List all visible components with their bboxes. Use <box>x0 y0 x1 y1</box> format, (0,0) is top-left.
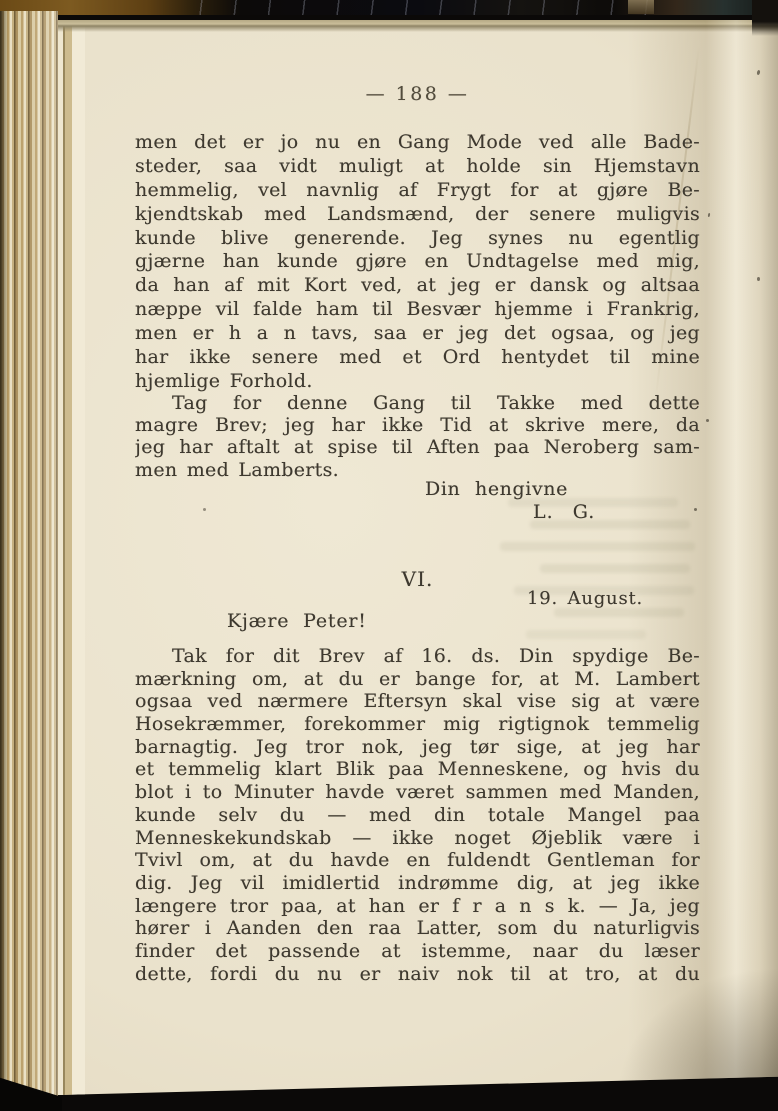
text-line: finder det passende at istemme, naar du … <box>135 940 700 963</box>
text-line: et temmelig klart Blik paa Menneskene, o… <box>135 758 700 781</box>
text-line: hører i Aanden den raa Latter, som du na… <box>135 917 700 940</box>
page-left-edge <box>58 20 86 1095</box>
text-line: kunde selv du — med din totale Mangel pa… <box>135 804 700 827</box>
letter-salutation: Kjære Peter! <box>227 610 367 632</box>
paragraph-continuation: men det er jo nu en Gang Mode ved alle B… <box>135 131 700 370</box>
text-line: dig. Jeg vil imidlertid indrømme dig, at… <box>135 872 700 895</box>
letter-date: 19. August. <box>527 588 643 609</box>
background-top-right <box>752 0 778 36</box>
text-line: Tvivl om, at du havde en fuldendt Gentle… <box>135 849 700 872</box>
paragraph-first-line: Tak for dit Brev af 16. ds. Din spydige … <box>135 645 700 668</box>
text-line: Menneskekundskab — ikke noget Øjeblik væ… <box>135 827 700 850</box>
text-line: gjærne han kunde gjøre en Undtagelse med… <box>135 250 700 274</box>
text-line: men det er jo nu en Gang Mode ved alle B… <box>135 131 700 155</box>
page-text: — 188 — men det er jo nu en Gang Mode ve… <box>135 20 700 1095</box>
background-book-spines <box>185 0 655 15</box>
text-line: men er h a n tavs, saa er jeg det ogsaa,… <box>135 322 700 346</box>
paragraph: mærkning om, at du er bange for, at M. L… <box>135 668 700 986</box>
text-line: dette, fordi du nu er naiv nok til at tr… <box>135 963 700 986</box>
text-line: Hosekræmmer, forekommer mig rigtignok te… <box>135 713 700 736</box>
page-number: — 188 — <box>135 83 700 105</box>
text-line: har ikke senere med et Ord hentydet til … <box>135 346 700 370</box>
text-line: steder, saa vidt muligt at holde sin Hje… <box>135 155 700 179</box>
book-scan-photo: — 188 — men det er jo nu en Gang Mode ve… <box>0 0 778 1111</box>
text-line: magre Brev; jeg har ikke Tid at skrive m… <box>135 414 700 436</box>
text-line: mærkning om, at du er bange for, at M. L… <box>135 668 700 691</box>
ink-speck <box>706 419 709 422</box>
text-line: ogsaa ved nærmere Eftersyn skal vise sig… <box>135 690 700 713</box>
text-line: jeg har aftalt at spise til Aften paa Ne… <box>135 436 700 458</box>
text-line: da han af mit Kort ved, at jeg er dansk … <box>135 274 700 298</box>
page-edge-stack <box>0 11 58 1111</box>
book-page: — 188 — men det er jo nu en Gang Mode ve… <box>58 20 778 1095</box>
text-line: længere tror paa, at han er f r a n s k.… <box>135 895 700 918</box>
paragraph-last-line: men med Lamberts. <box>135 459 700 481</box>
paragraph-last-line: hjemlige Forhold. <box>135 370 700 394</box>
text-line: kunde blive generende. Jeg synes nu egen… <box>135 227 700 251</box>
text-line: næppe vil falde ham til Besvær hjemme i … <box>135 298 700 322</box>
text-line: barnagtig. Jeg tror nok, jeg tør sige, a… <box>135 736 700 759</box>
paragraph: magre Brev; jeg har ikke Tid at skrive m… <box>135 414 700 459</box>
letter-signature-initials: L. G. <box>533 501 595 523</box>
paragraph-first-line: Tag for denne Gang til Takke med dette <box>135 392 700 414</box>
background-highlight <box>628 0 654 14</box>
text-line: kjendtskab med Landsmænd, der senere mul… <box>135 203 700 227</box>
text-line: blot i to Minuter havde været sammen med… <box>135 781 700 804</box>
letter-signoff: Din hengivne <box>425 478 568 500</box>
ink-speck <box>757 277 760 281</box>
text-line: hemmelig, vel navnlig af Frygt for at gj… <box>135 179 700 203</box>
